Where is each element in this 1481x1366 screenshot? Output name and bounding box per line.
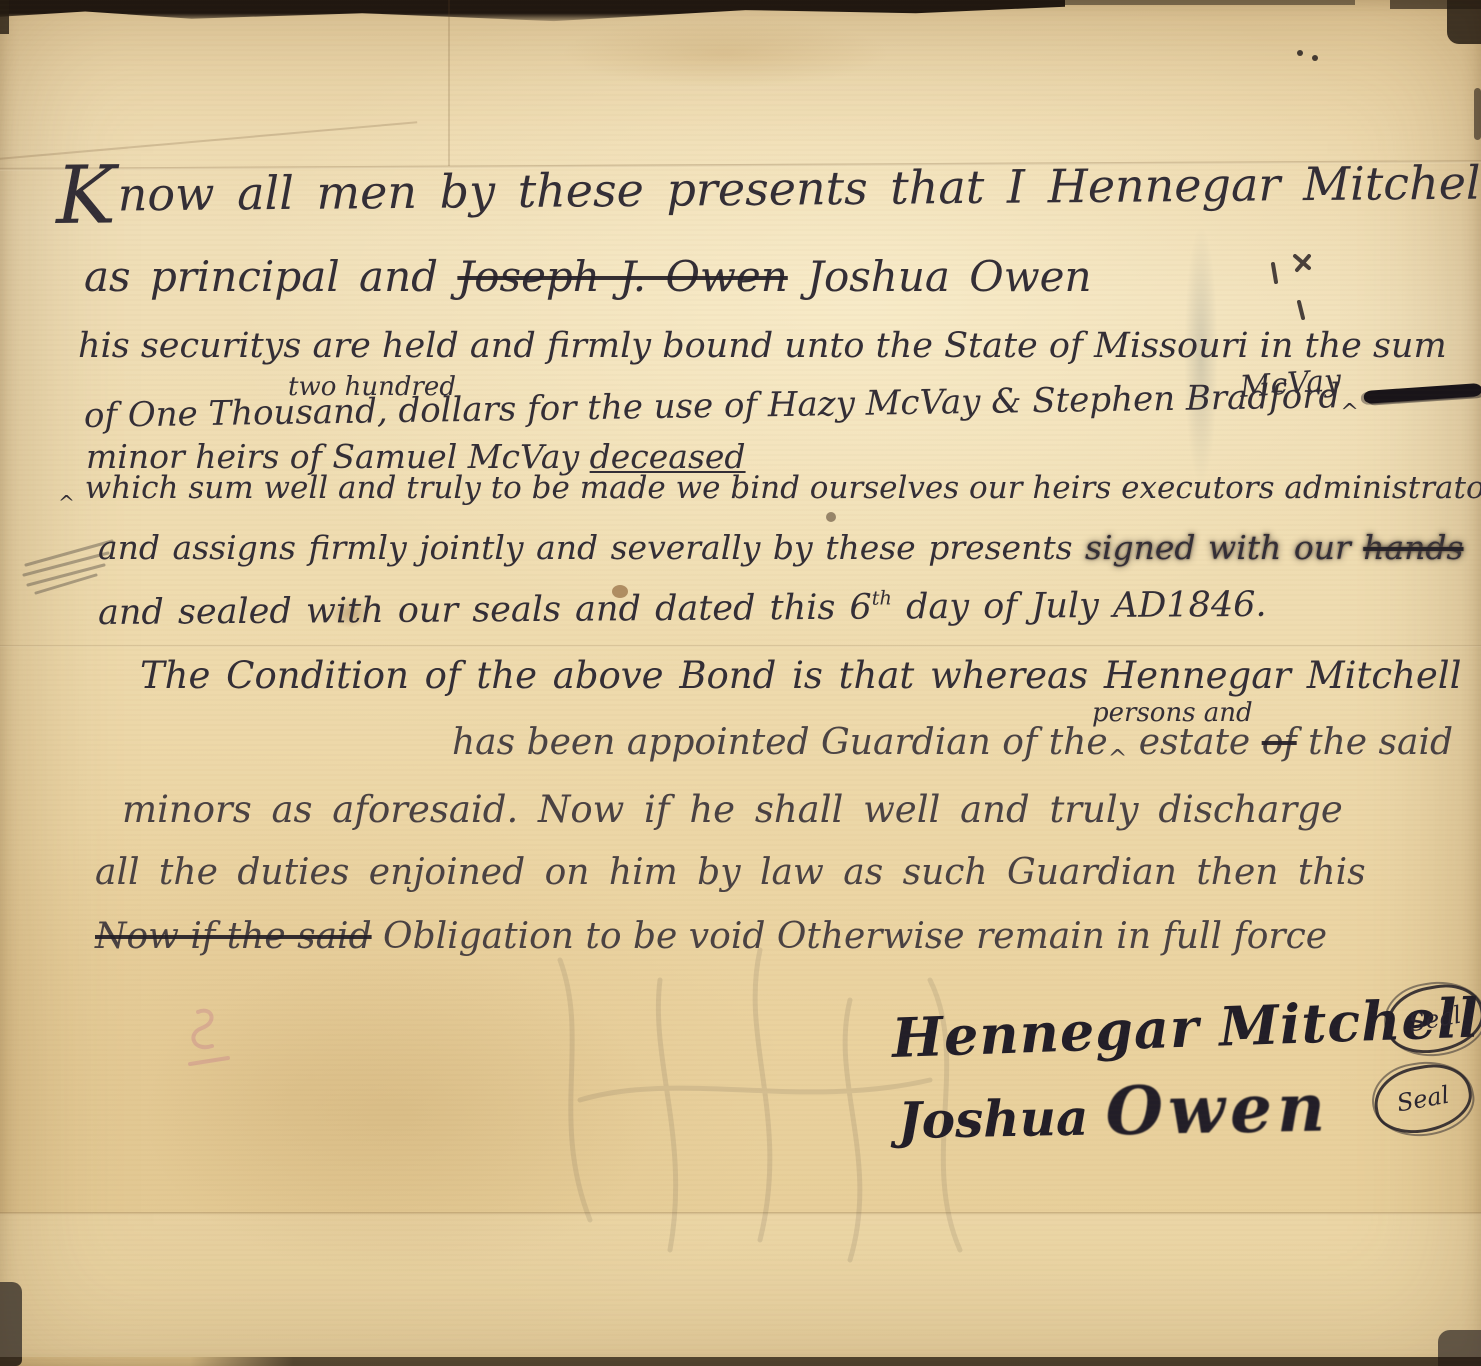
- blotted-out-word: [1363, 383, 1481, 404]
- signature-joshua-owen: Joshua Owen: [897, 1068, 1330, 1154]
- ink-dot: [1297, 50, 1303, 56]
- seal-text: Seal: [1395, 1081, 1452, 1118]
- smudged-struck-word: hands: [1363, 528, 1463, 567]
- faint-pink-marks: [178, 1000, 248, 1080]
- handwritten-line-duties: all the duties enjoined on him by law as…: [95, 852, 1366, 893]
- insertion-caret: ^: [1108, 744, 1128, 772]
- signature-surname: Owen: [1105, 1068, 1331, 1150]
- ink-dot: [1312, 55, 1318, 61]
- line-text: all the duties enjoined on him by law as…: [95, 852, 1366, 893]
- inserted-text-persons-and: persons and: [1092, 698, 1253, 728]
- line-text: his securitys are held and firmly bound …: [78, 326, 1447, 366]
- line-text: day of July AD1846.: [892, 585, 1267, 628]
- struck-phrase: Now if the said: [95, 916, 372, 957]
- insert-text: persons and: [1092, 698, 1253, 728]
- line-text: as principal and: [84, 252, 457, 301]
- scan-corner-mark-bottom-left: [0, 1282, 22, 1366]
- scan-edge-mark-left-top: [0, 0, 9, 34]
- scan-corner-mark-bottom-right: [1438, 1330, 1481, 1366]
- scan-edge-shadow-top: [0, 0, 1065, 24]
- insert-text: McVay: [1239, 363, 1342, 405]
- line-text: minors as aforesaid. Now if he shall wel…: [122, 788, 1343, 831]
- handwritten-line-minors: minors as aforesaid. Now if he shall wel…: [122, 788, 1343, 831]
- line-text: The Condition of the above Bond is that …: [140, 654, 1461, 697]
- scan-edge-shadow-top-thin: [1055, 0, 1355, 5]
- scanned-document-page: Know all men by these presents that I He…: [0, 0, 1481, 1366]
- line-text: now all men by these presents that I Hen…: [118, 155, 1481, 221]
- struck-word: of: [1262, 722, 1297, 763]
- scan-corner-mark-top-right: [1447, 0, 1481, 44]
- inserted-text-mcvay: McVay: [1239, 363, 1342, 405]
- paper-tone-band-bottom: [0, 1215, 1481, 1357]
- scan-edge-mark-right: [1474, 88, 1481, 140]
- paper-stain: [560, 18, 890, 88]
- signature-text: Joshua: [898, 1087, 1107, 1150]
- line-text: which sum well and truly to be made we b…: [75, 470, 1481, 506]
- handwritten-line-date: and sealed with our seals and dated this…: [98, 584, 1267, 633]
- smudged-text: signed with our: [1085, 528, 1363, 567]
- paper-stain-large: [140, 950, 660, 1280]
- seal-stamp: Seal: [1369, 1058, 1477, 1140]
- line-text: of One Thousand, dollars for the use of …: [84, 376, 1341, 436]
- handwritten-line-assigns: and assigns firmly jointly and severally…: [98, 528, 1463, 567]
- line-text: the said: [1297, 722, 1453, 763]
- handwritten-line-bind: ^ which sum well and truly to be made we…: [58, 470, 1481, 515]
- handwritten-line-obligation: Now if the said Obligation to be void Ot…: [95, 916, 1327, 957]
- stray-pen-marks: [1265, 250, 1325, 330]
- handwritten-line-security: his securitys are held and firmly bound …: [78, 326, 1447, 366]
- ornate-initial-letter: K: [56, 148, 117, 242]
- struck-out-name: Joseph J. Owen: [457, 252, 787, 301]
- line-text: and assigns firmly jointly and severally…: [98, 528, 1085, 567]
- line-text: estate: [1127, 722, 1261, 763]
- handwritten-line-principal: as principal and Joseph J. Owen Joshua O…: [84, 252, 1092, 301]
- line-text: and sealed with our seals and dated this…: [98, 588, 872, 633]
- scan-edge-shadow-bottom: [190, 1357, 1481, 1366]
- fold-crease-vertical-top: [448, 0, 450, 166]
- fold-crease-horizontal-middle: [0, 645, 1481, 647]
- handwritten-line-guardian: has been appointed Guardian of the^ esta…: [452, 722, 1453, 772]
- line-text: Obligation to be void Otherwise remain i…: [372, 916, 1328, 957]
- line-text: Joshua Owen: [788, 252, 1092, 301]
- handwritten-line-condition: The Condition of the above Bond is that …: [140, 654, 1461, 697]
- seal-text: Seal: [1407, 1001, 1464, 1038]
- fold-crease-horizontal-lower: [0, 1212, 1481, 1215]
- margin-caret: ^: [58, 491, 75, 515]
- superscript-th: th: [872, 586, 892, 609]
- insertion-caret: ^: [1340, 399, 1359, 425]
- line-text: has been appointed Guardian of the: [452, 722, 1108, 763]
- handwritten-line-opening: Know all men by these presents that I He…: [56, 155, 1481, 222]
- scan-edge-shadow-top-right: [1390, 0, 1481, 9]
